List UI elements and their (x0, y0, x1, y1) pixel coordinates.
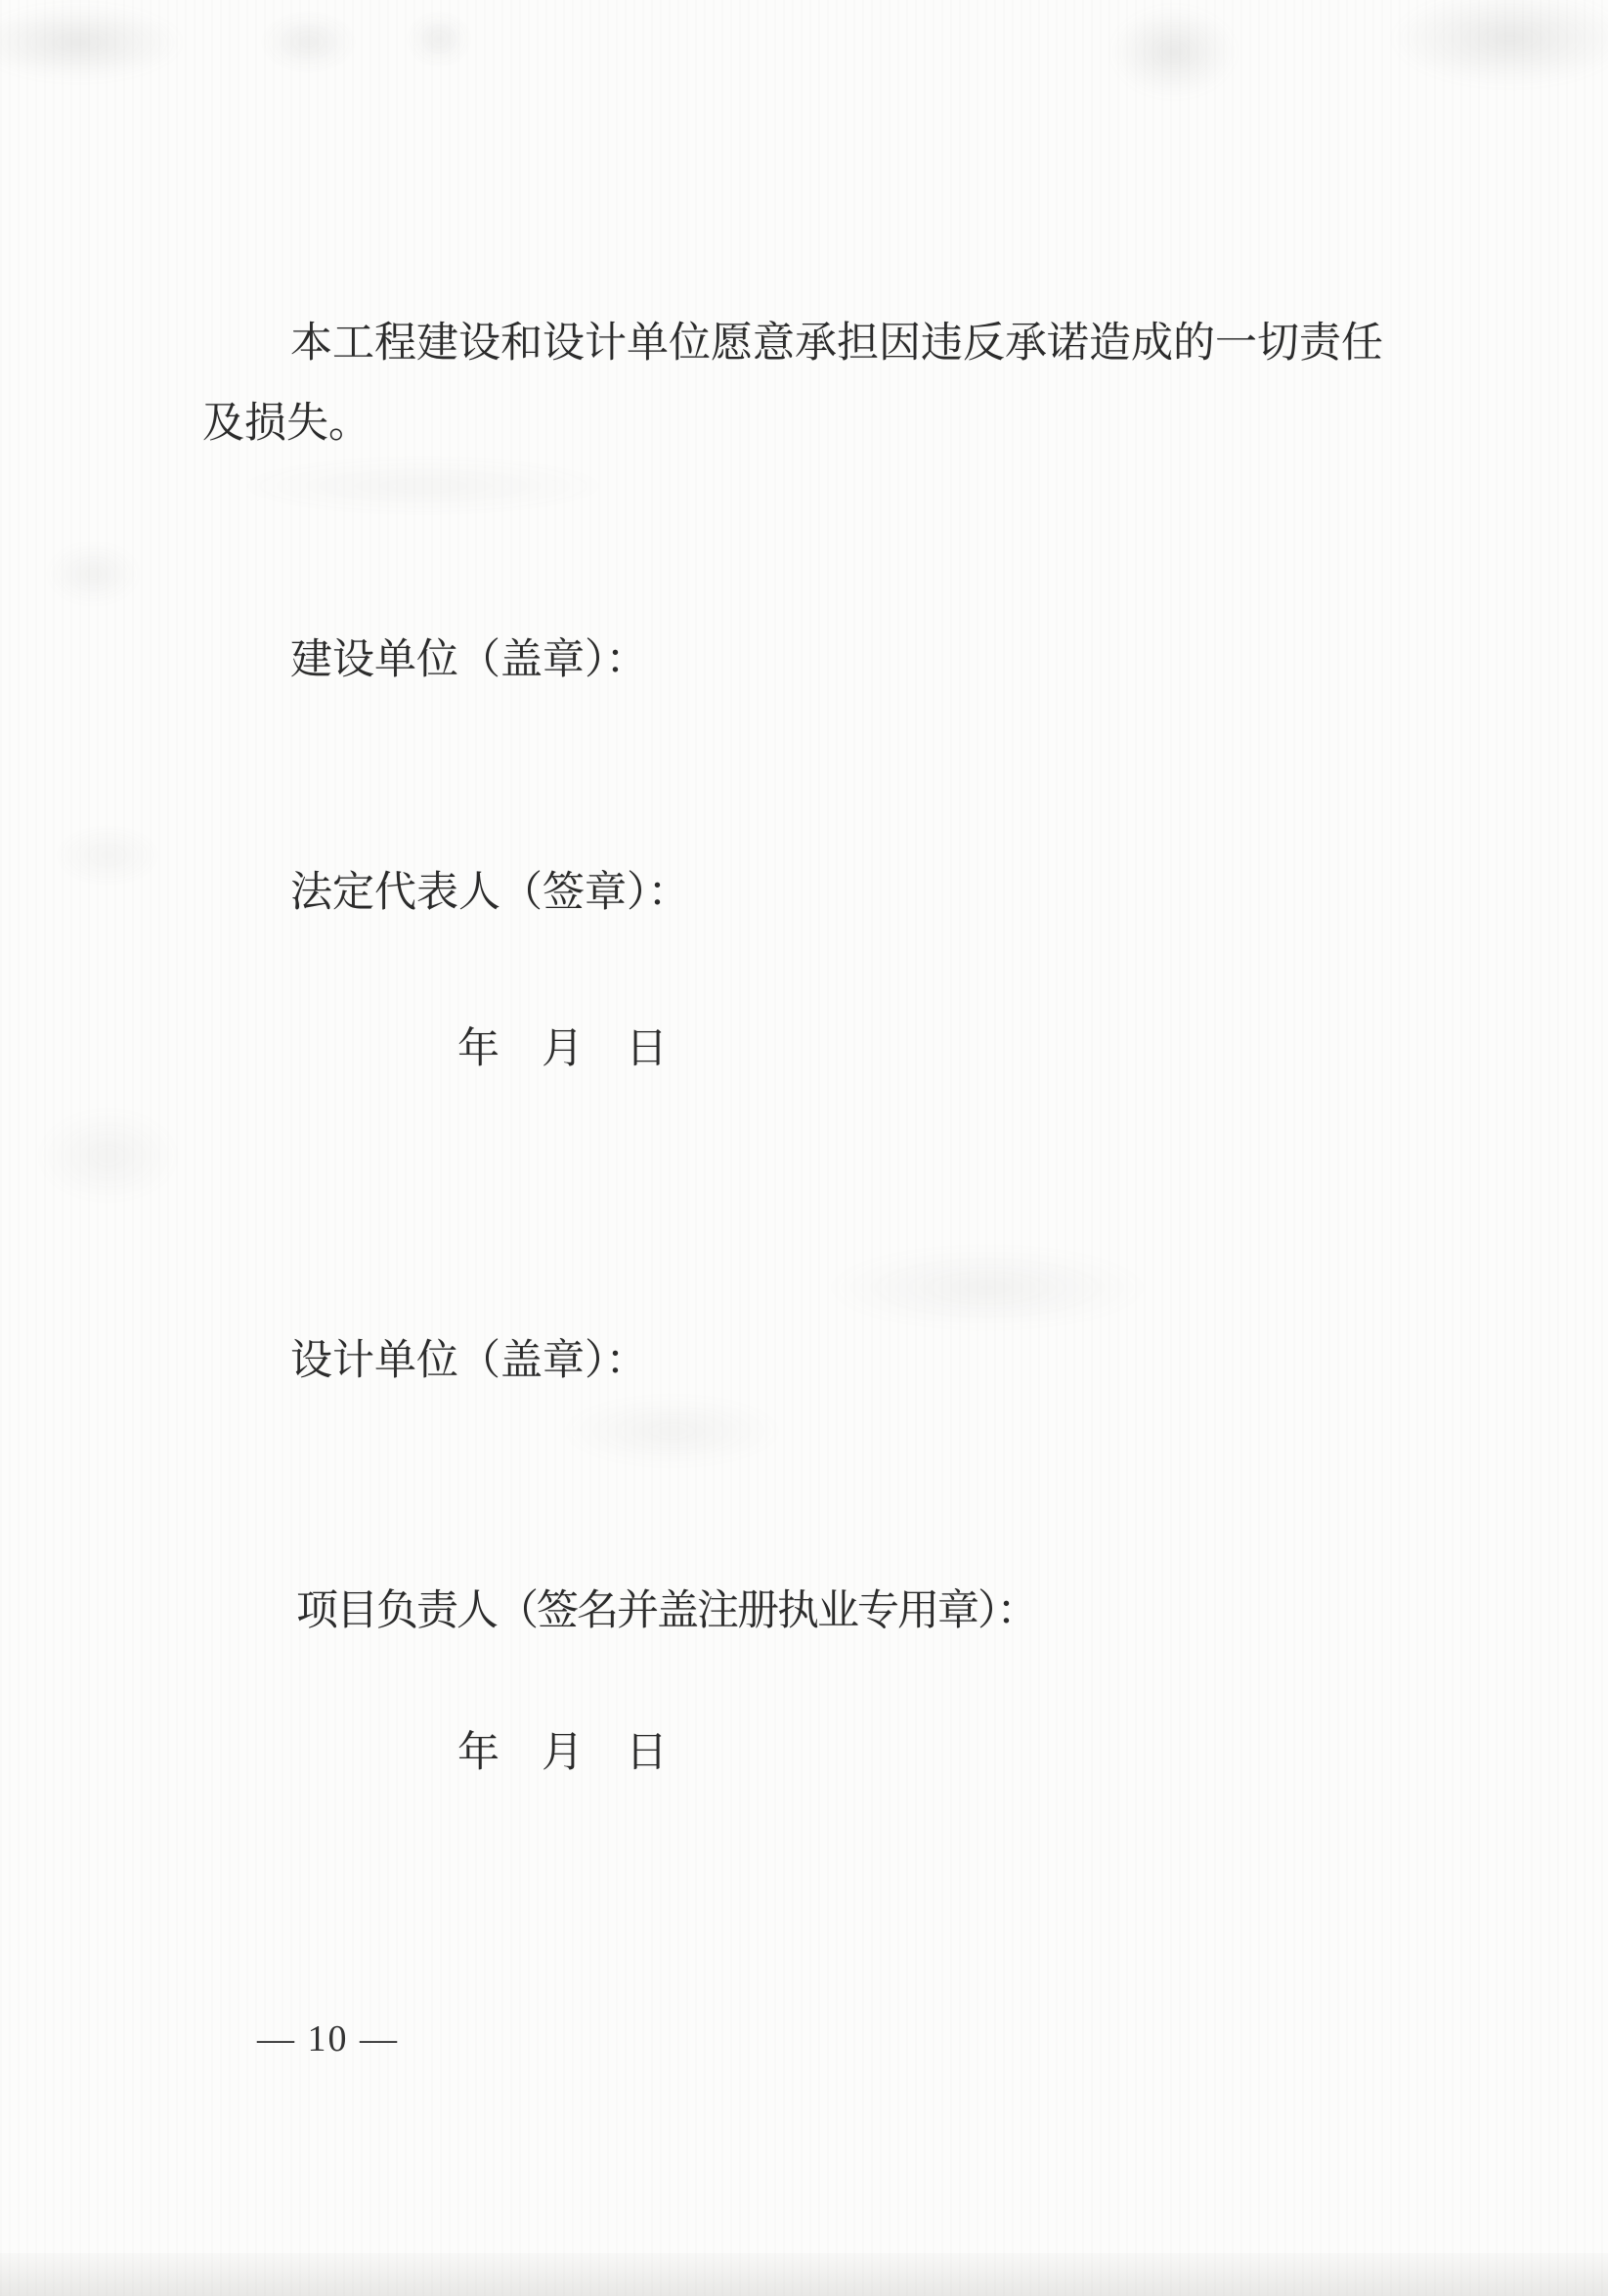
legal-representative-signature-label: 法定代表人（签章）： (290, 869, 690, 917)
commitment-paragraph-line-2: 及损失。 (202, 400, 370, 448)
scan-artifact (262, 14, 355, 70)
design-unit-seal-label: 设计单位（盖章）： (290, 1337, 648, 1385)
bleed-through-artifact (826, 1246, 1149, 1329)
bleed-through-artifact (54, 826, 161, 885)
scanner-edge-shadow (0, 2253, 1608, 2296)
date-line-second: 年 月 日 (457, 1729, 668, 1777)
bleed-through-artifact (233, 457, 614, 514)
page-number: — 10 — (257, 2017, 399, 2060)
construction-unit-seal-label: 建设单位（盖章）： (290, 636, 648, 684)
scanned-page: 本工程建设和设计单位愿意承担因违反承诺造成的一切责任 及损失。 建设单位（盖章）… (0, 0, 1608, 2296)
bleed-through-artifact (562, 1396, 782, 1466)
scan-artifact (1112, 8, 1235, 96)
scan-artifact (0, 6, 181, 79)
project-leader-signature-label: 项目负责人（签名并盖注册执业专用章）： (296, 1587, 1037, 1635)
bleed-through-artifact (47, 543, 140, 604)
date-line-first: 年 月 日 (457, 1025, 668, 1073)
bleed-through-artifact (37, 1109, 179, 1202)
scan-artifact (1393, 0, 1608, 85)
commitment-paragraph-line-1: 本工程建设和设计单位愿意承担因违反承诺造成的一切责任 (290, 320, 1383, 368)
scan-artifact (409, 14, 469, 65)
